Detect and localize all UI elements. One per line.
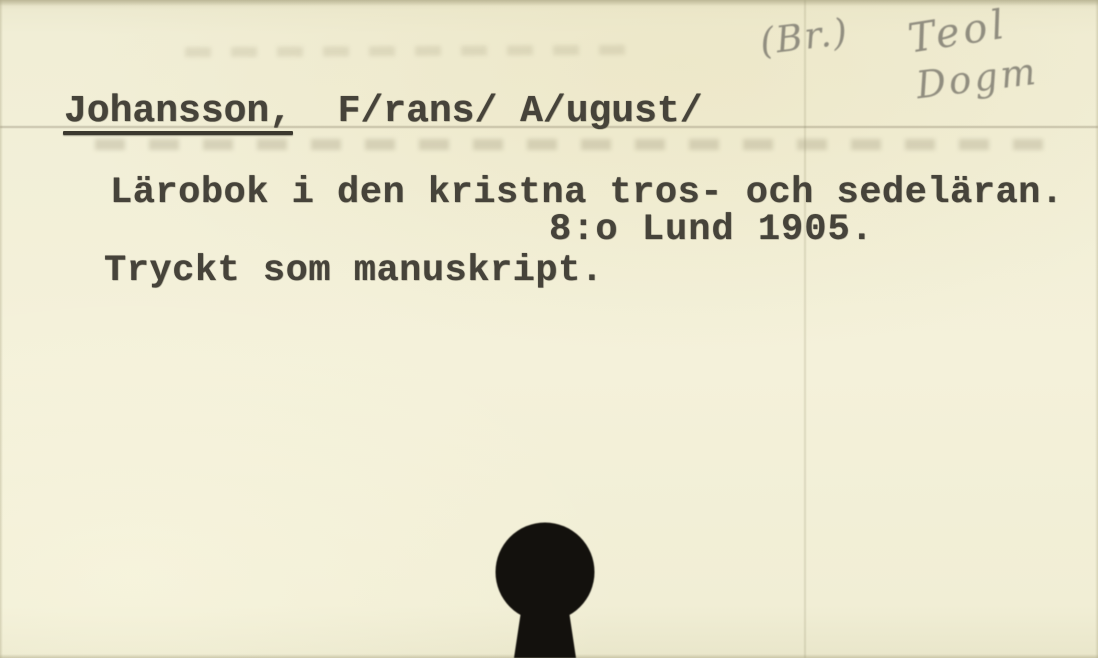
card-left-edge xyxy=(0,0,3,658)
catalog-card: (Br.) Teol Dogm Johansson, F/rans/ A/ugu… xyxy=(0,0,1098,658)
card-top-edge xyxy=(0,0,1098,6)
heading-author-forenames: F/rans/ A/ugust/ xyxy=(292,90,702,133)
body-imprint-line: 8:o Lund 1905. xyxy=(549,212,874,249)
body-title-line: Lärobok i den kristna tros- och sedelära… xyxy=(110,175,1064,212)
keyhole-punch-icon xyxy=(486,520,606,658)
heading-author-surname: Johansson, xyxy=(64,90,292,133)
heading-author: Johansson, F/rans/ A/ugust/ xyxy=(64,93,703,131)
card-crease xyxy=(804,0,806,658)
pencil-annotation-classification: (Br.) xyxy=(758,15,851,62)
body-note-line: Tryckt som manuskript. xyxy=(104,253,603,290)
pencil-annotation-subject: Teol xyxy=(905,4,1010,59)
showthrough-marks-top xyxy=(185,45,645,57)
showthrough-marks-under-heading xyxy=(95,139,1055,150)
pencil-annotation-subject2: Dogm xyxy=(914,53,1040,105)
